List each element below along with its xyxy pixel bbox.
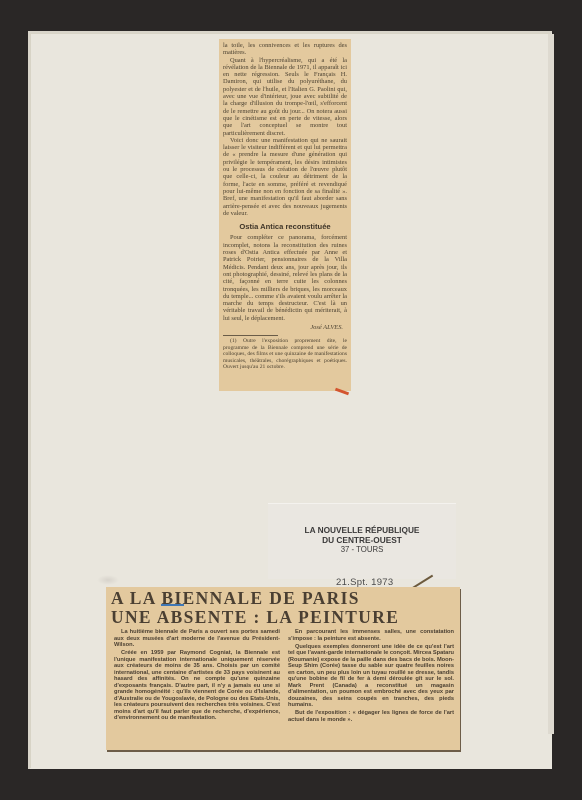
clipping-paragraph: Pour compléter ce panorama, forcément in… xyxy=(223,234,347,322)
headline-line-1: A LA BIENNALE DE PARIS xyxy=(106,589,460,608)
source-stamp-label: LA NOUVELLE RÉPUBLIQUE DU CENTRE-OUEST 3… xyxy=(268,503,456,579)
blue-underline-mark xyxy=(161,604,184,606)
article-paragraph: La huitième biennale de Paris a ouvert s… xyxy=(114,629,280,649)
newspaper-region: DU CENTRE-OUEST xyxy=(268,535,456,545)
article-columns: La huitième biennale de Paris a ouvert s… xyxy=(114,629,454,725)
newspaper-name: LA NOUVELLE RÉPUBLIQUE xyxy=(268,525,456,535)
article-right-column: En parcourant les immenses salles, une c… xyxy=(288,629,454,725)
article-left-column: La huitième biennale de Paris a ouvert s… xyxy=(114,629,280,725)
article-paragraph: But de l'exposition : « dégager les lign… xyxy=(288,710,454,723)
footnote: (1) Outre l'exposition proprement dite, … xyxy=(223,338,347,370)
clipping-paragraph: Voici donc une manifestation qui ne saur… xyxy=(223,137,347,217)
headline-line-2: UNE ABSENTE : LA PEINTURE xyxy=(106,608,460,627)
footnote-divider xyxy=(223,335,278,336)
article-paragraph: Quelques exemples donneront une idée de … xyxy=(288,644,454,709)
article-paragraph: Créée en 1959 par Raymond Cogniat, la Bi… xyxy=(114,650,280,722)
page-stack-edge xyxy=(548,34,554,734)
paper-stain xyxy=(97,575,119,585)
clipping-bottom-article: A LA BIENNALE DE PARIS UNE ABSENTE : LA … xyxy=(106,587,460,750)
clipping-paragraph: Quant à l'hypercréalisme, qui a été la r… xyxy=(223,57,347,137)
clipping-top-article: la toile, les connivences et les rupture… xyxy=(219,39,351,391)
clipping-subheading: Ostia Antica reconstituée xyxy=(223,223,347,230)
article-paragraph: En parcourant les immenses salles, une c… xyxy=(288,629,454,642)
newspaper-city: 37 - TOURS xyxy=(268,545,456,555)
clipping-paragraph: la toile, les connivences et les rupture… xyxy=(223,42,347,57)
author-signature: José ALVES. xyxy=(223,324,347,331)
